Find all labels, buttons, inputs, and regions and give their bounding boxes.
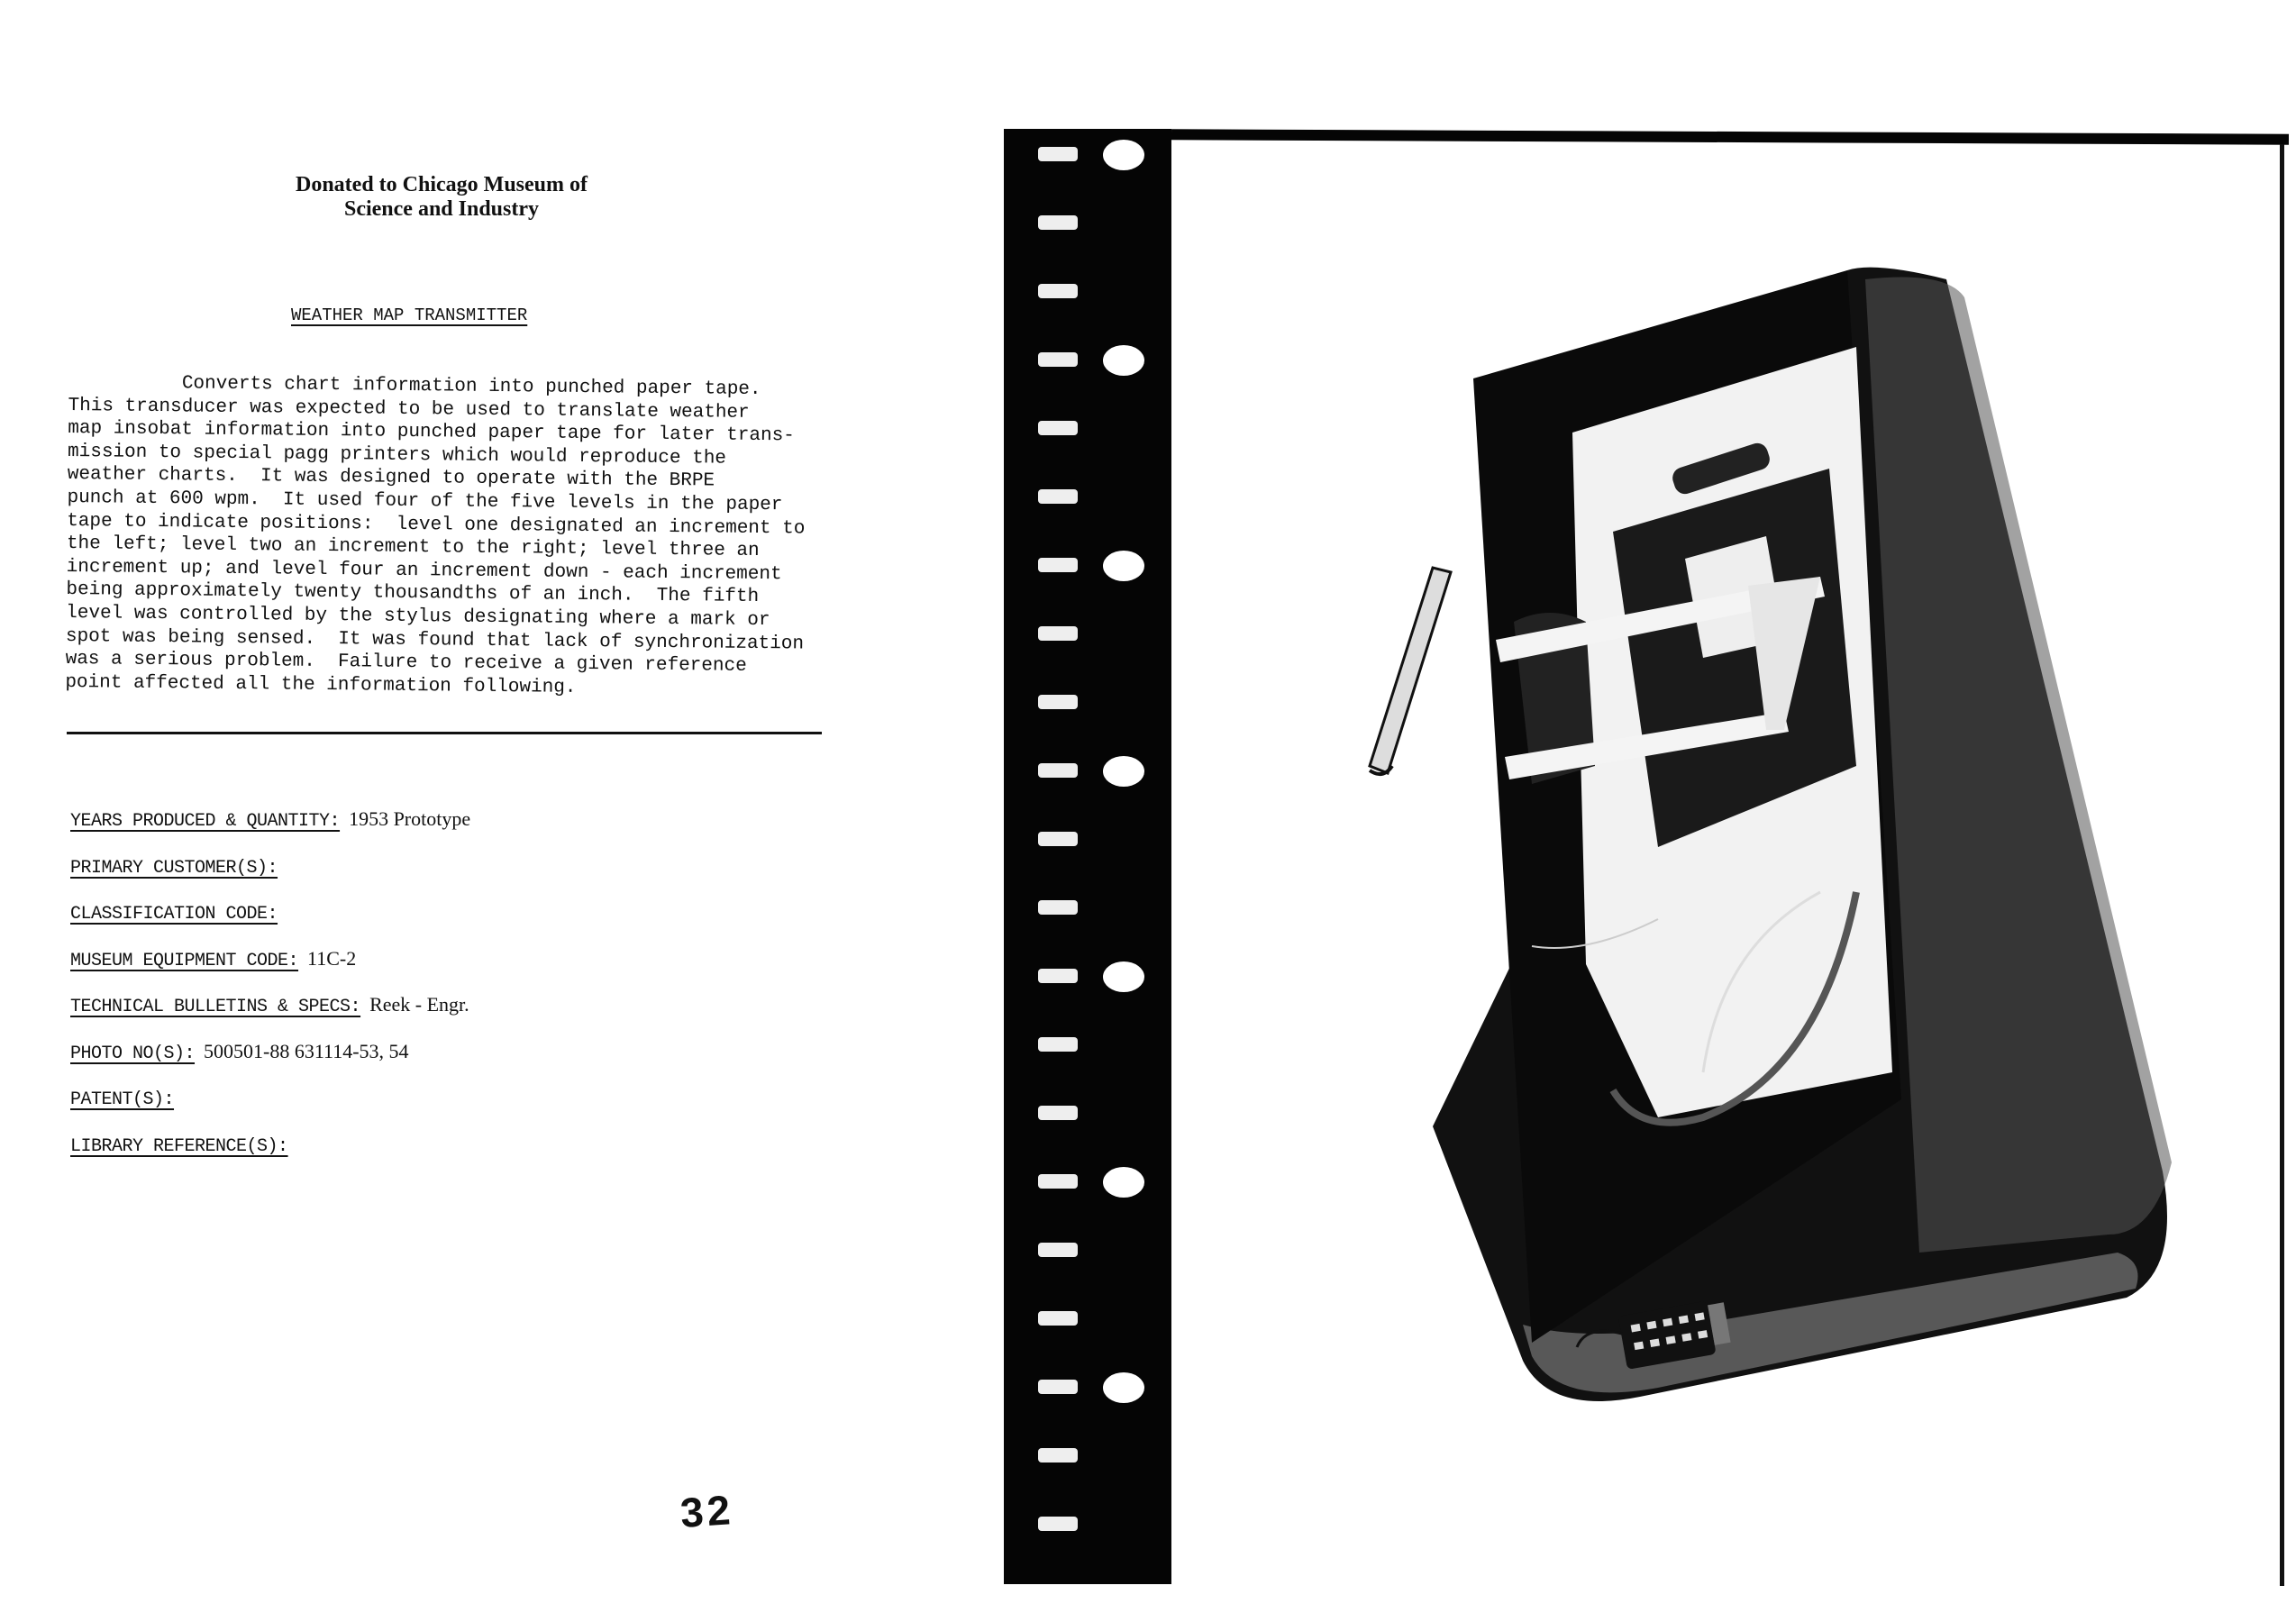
binding-ring bbox=[1038, 284, 1078, 298]
field-value: 11C-2 bbox=[307, 947, 356, 970]
binding-ring bbox=[1038, 1174, 1078, 1189]
page-number: 32 bbox=[679, 1485, 735, 1537]
binding-highlight bbox=[1103, 345, 1144, 376]
binding-ring bbox=[1038, 421, 1078, 435]
record-field: MUSEUM EQUIPMENT CODE:11C-2 bbox=[70, 947, 470, 994]
field-label: PATENT(S): bbox=[70, 1089, 174, 1110]
binding-ring bbox=[1038, 832, 1078, 846]
donation-note: Donated to Chicago Museum of Science and… bbox=[261, 173, 622, 222]
binding-ring bbox=[1038, 626, 1078, 641]
photo-right-border bbox=[2280, 144, 2284, 1586]
binding-ring bbox=[1038, 489, 1078, 504]
binding-ring bbox=[1038, 1448, 1078, 1463]
donation-line-2: Science and Industry bbox=[261, 197, 622, 222]
field-label: PHOTO NO(S): bbox=[70, 1043, 195, 1064]
binding-ring bbox=[1038, 900, 1078, 915]
record-field: PRIMARY CUSTOMER(S): bbox=[70, 854, 470, 901]
binding-highlight bbox=[1103, 961, 1144, 992]
record-field: LIBRARY REFERENCE(S): bbox=[70, 1133, 470, 1180]
record-field: PHOTO NO(S):500501-88 631114-53, 54 bbox=[70, 1040, 470, 1087]
donation-line-1: Donated to Chicago Museum of bbox=[261, 173, 622, 197]
field-label: TECHNICAL BULLETINS & SPECS: bbox=[70, 997, 360, 1017]
binding-ring bbox=[1038, 969, 1078, 983]
binding-highlight bbox=[1103, 140, 1144, 170]
binding-ring bbox=[1038, 763, 1078, 778]
binding-ring bbox=[1038, 147, 1078, 161]
field-label: MUSEUM EQUIPMENT CODE: bbox=[70, 951, 298, 971]
record-fields: YEARS PRODUCED & QUANTITY:1953 Prototype… bbox=[70, 807, 470, 1179]
binding-ring bbox=[1038, 558, 1078, 572]
record-field: PATENT(S): bbox=[70, 1086, 470, 1133]
binding-ring bbox=[1038, 695, 1078, 709]
binding-ring bbox=[1038, 1106, 1078, 1120]
field-value: 500501-88 631114-53, 54 bbox=[204, 1040, 409, 1062]
binding-ring bbox=[1038, 352, 1078, 367]
field-label: YEARS PRODUCED & QUANTITY: bbox=[70, 811, 340, 832]
left-page: Donated to Chicago Museum of Science and… bbox=[0, 0, 1000, 1622]
field-value: Reek - Engr. bbox=[369, 993, 469, 1016]
binding-ring bbox=[1038, 1243, 1078, 1257]
field-value: 1953 Prototype bbox=[349, 807, 470, 830]
photo-top-border bbox=[1171, 129, 2289, 144]
document-title: WEATHER MAP TRANSMITTER bbox=[291, 305, 527, 325]
description-paragraph: Converts chart information into punched … bbox=[65, 371, 843, 702]
binding-ring bbox=[1038, 1037, 1078, 1052]
record-field: TECHNICAL BULLETINS & SPECS:Reek - Engr. bbox=[70, 993, 470, 1040]
record-field: YEARS PRODUCED & QUANTITY:1953 Prototype bbox=[70, 807, 470, 854]
field-label: PRIMARY CUSTOMER(S): bbox=[70, 858, 278, 879]
spiral-binding bbox=[1004, 129, 1171, 1584]
device-photo bbox=[1316, 261, 2217, 1469]
binding-highlight bbox=[1103, 551, 1144, 581]
field-label: CLASSIFICATION CODE: bbox=[70, 904, 278, 925]
binding-highlight bbox=[1103, 1372, 1144, 1403]
binding-highlight bbox=[1103, 756, 1144, 787]
record-field: CLASSIFICATION CODE: bbox=[70, 900, 470, 947]
binding-ring bbox=[1038, 1311, 1078, 1326]
section-divider bbox=[67, 732, 822, 734]
binding-ring bbox=[1038, 1517, 1078, 1531]
binding-ring bbox=[1038, 215, 1078, 230]
binding-ring bbox=[1038, 1380, 1078, 1394]
binding-highlight bbox=[1103, 1167, 1144, 1198]
field-label: LIBRARY REFERENCE(S): bbox=[70, 1136, 288, 1157]
